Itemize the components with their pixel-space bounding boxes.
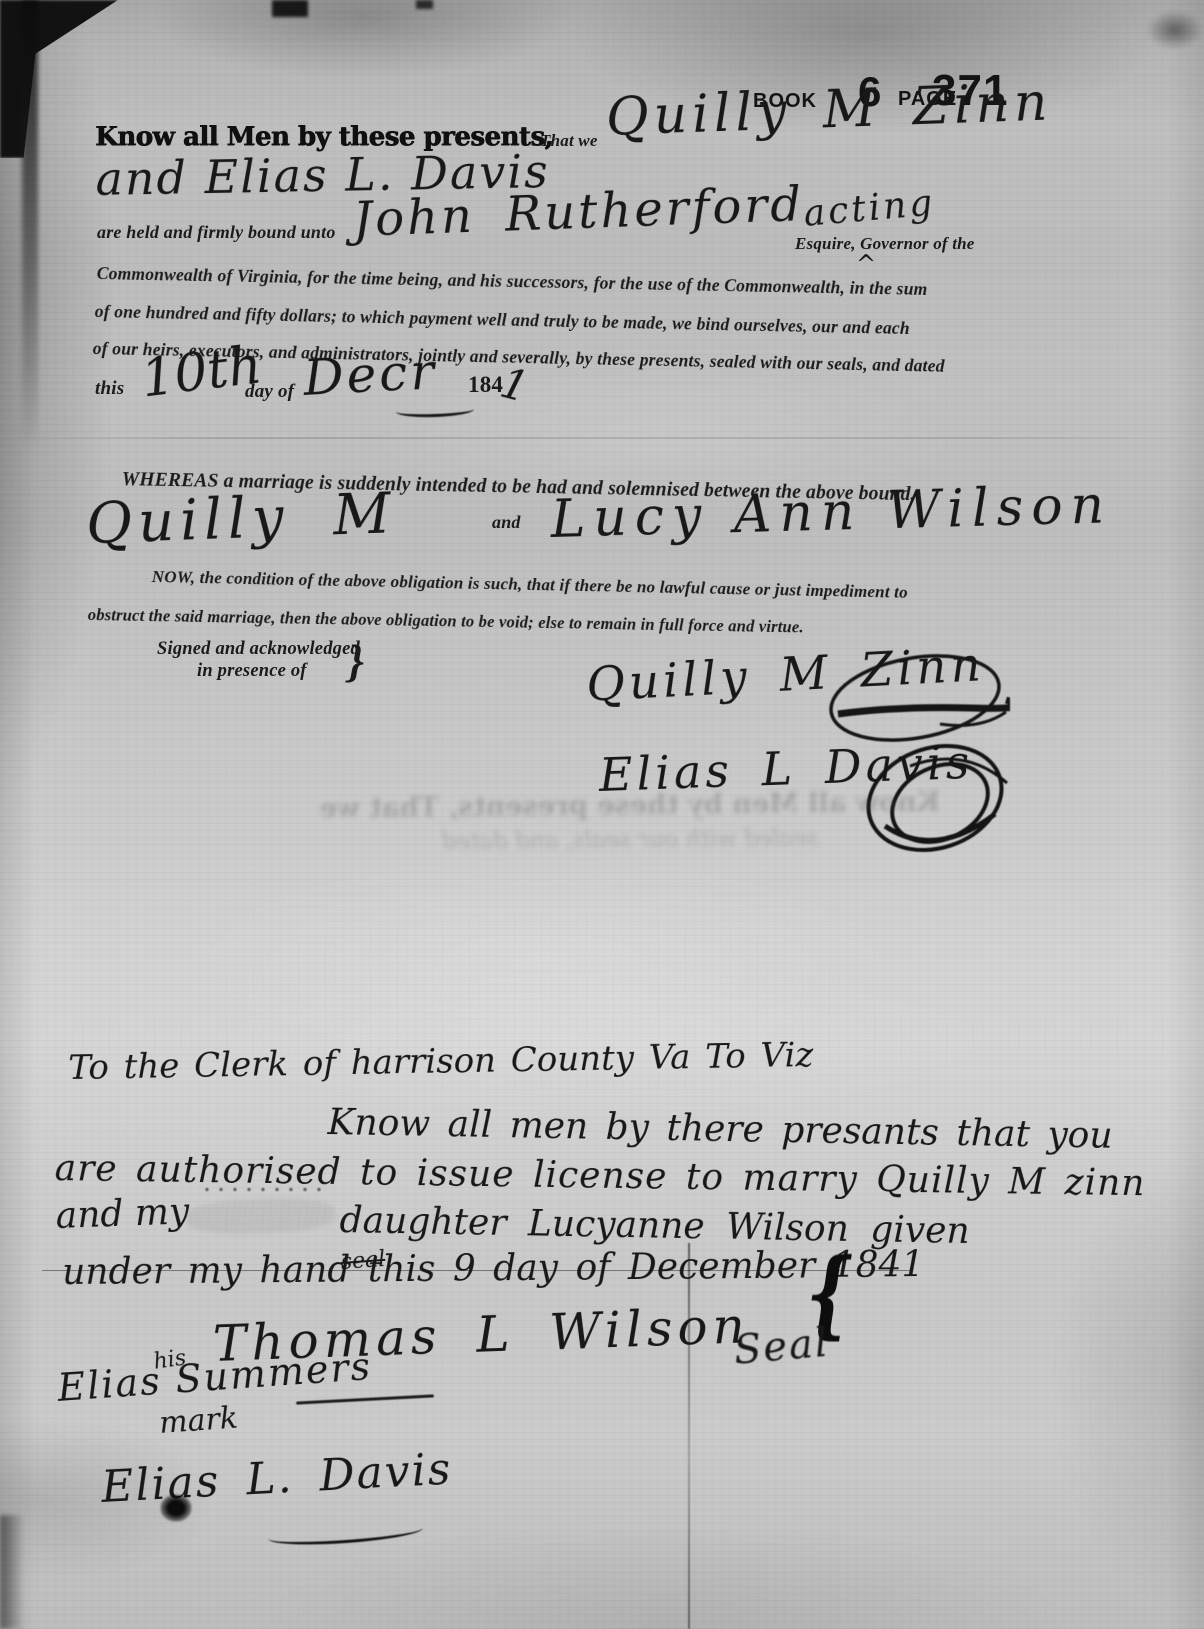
body-line-1: Commonwealth of Virginia, for the time b… <box>97 263 928 300</box>
signature-underline-flourish <box>268 1519 424 1549</box>
struck-out-word-smudge <box>185 1196 336 1235</box>
groom-name-handwritten: Quilly M <box>85 481 398 557</box>
now-condition-line-1: NOW, the condition of the above obligati… <box>152 567 908 603</box>
scan-edge-artifact-bottom-left <box>0 1515 24 1629</box>
bound-unto-printed: are held and firmly bound unto <box>97 222 336 243</box>
date-this-printed: this <box>95 378 124 400</box>
seal-scribble-surety <box>855 738 1015 863</box>
bleedthrough-line-2: sealed with our seals, and dated <box>441 825 818 855</box>
witness-brace: } <box>348 634 364 687</box>
consent-line-3-pre: and my <box>55 1191 190 1237</box>
date-dayof-printed: day of <box>245 381 294 403</box>
scanned-marriage-bond-document: BOOK 6 PAGE 371 Know all Men by these pr… <box>0 0 1204 1629</box>
paper-crease-horizontal <box>0 437 1204 439</box>
scan-edge-artifact-left <box>22 0 38 450</box>
body-line-2: of one hundred and fifty dollars; to whi… <box>95 301 910 339</box>
ink-blot <box>160 1494 192 1522</box>
strike-out-dots <box>200 1186 330 1193</box>
scan-smudge-top-right <box>1146 10 1204 50</box>
and-printed: and <box>492 512 521 533</box>
insertion-caret: ^ <box>856 250 876 278</box>
principal-name-handwritten: Quilly M Zinn <box>605 72 1053 148</box>
seal-word-scribble: Seal <box>732 1320 831 1374</box>
consent-line-4: under my hand this 9 day of December 184… <box>62 1244 924 1293</box>
signature-witness-bottom: Elias L. Davis <box>100 1444 453 1513</box>
month-underline-flourish <box>396 403 474 419</box>
date-month-handwritten: Decr <box>302 342 438 407</box>
scan-edge-artifact-top-2 <box>416 0 433 9</box>
consent-address-line: To the Clerk of harrison County Va To Vi… <box>68 1035 814 1088</box>
scan-edge-artifact-top <box>272 0 308 17</box>
witness-clause-line-2: in presence of <box>197 661 307 682</box>
witness-mark-word: mark <box>158 1400 239 1440</box>
witness-clause-line-1: Signed and acknowledged <box>157 639 360 660</box>
now-condition-line-2: obstruct the said marriage, then the abo… <box>88 605 804 637</box>
consent-line-2: are authorised to issue license to marry… <box>54 1148 1145 1204</box>
interlined-acting-handwritten: acting <box>802 183 937 235</box>
consent-line-1: Know all men by there presants that you <box>327 1102 1113 1157</box>
signature-tail-stroke <box>296 1394 434 1404</box>
esquire-governor-printed: Esquire, Governor of the <box>795 234 975 254</box>
